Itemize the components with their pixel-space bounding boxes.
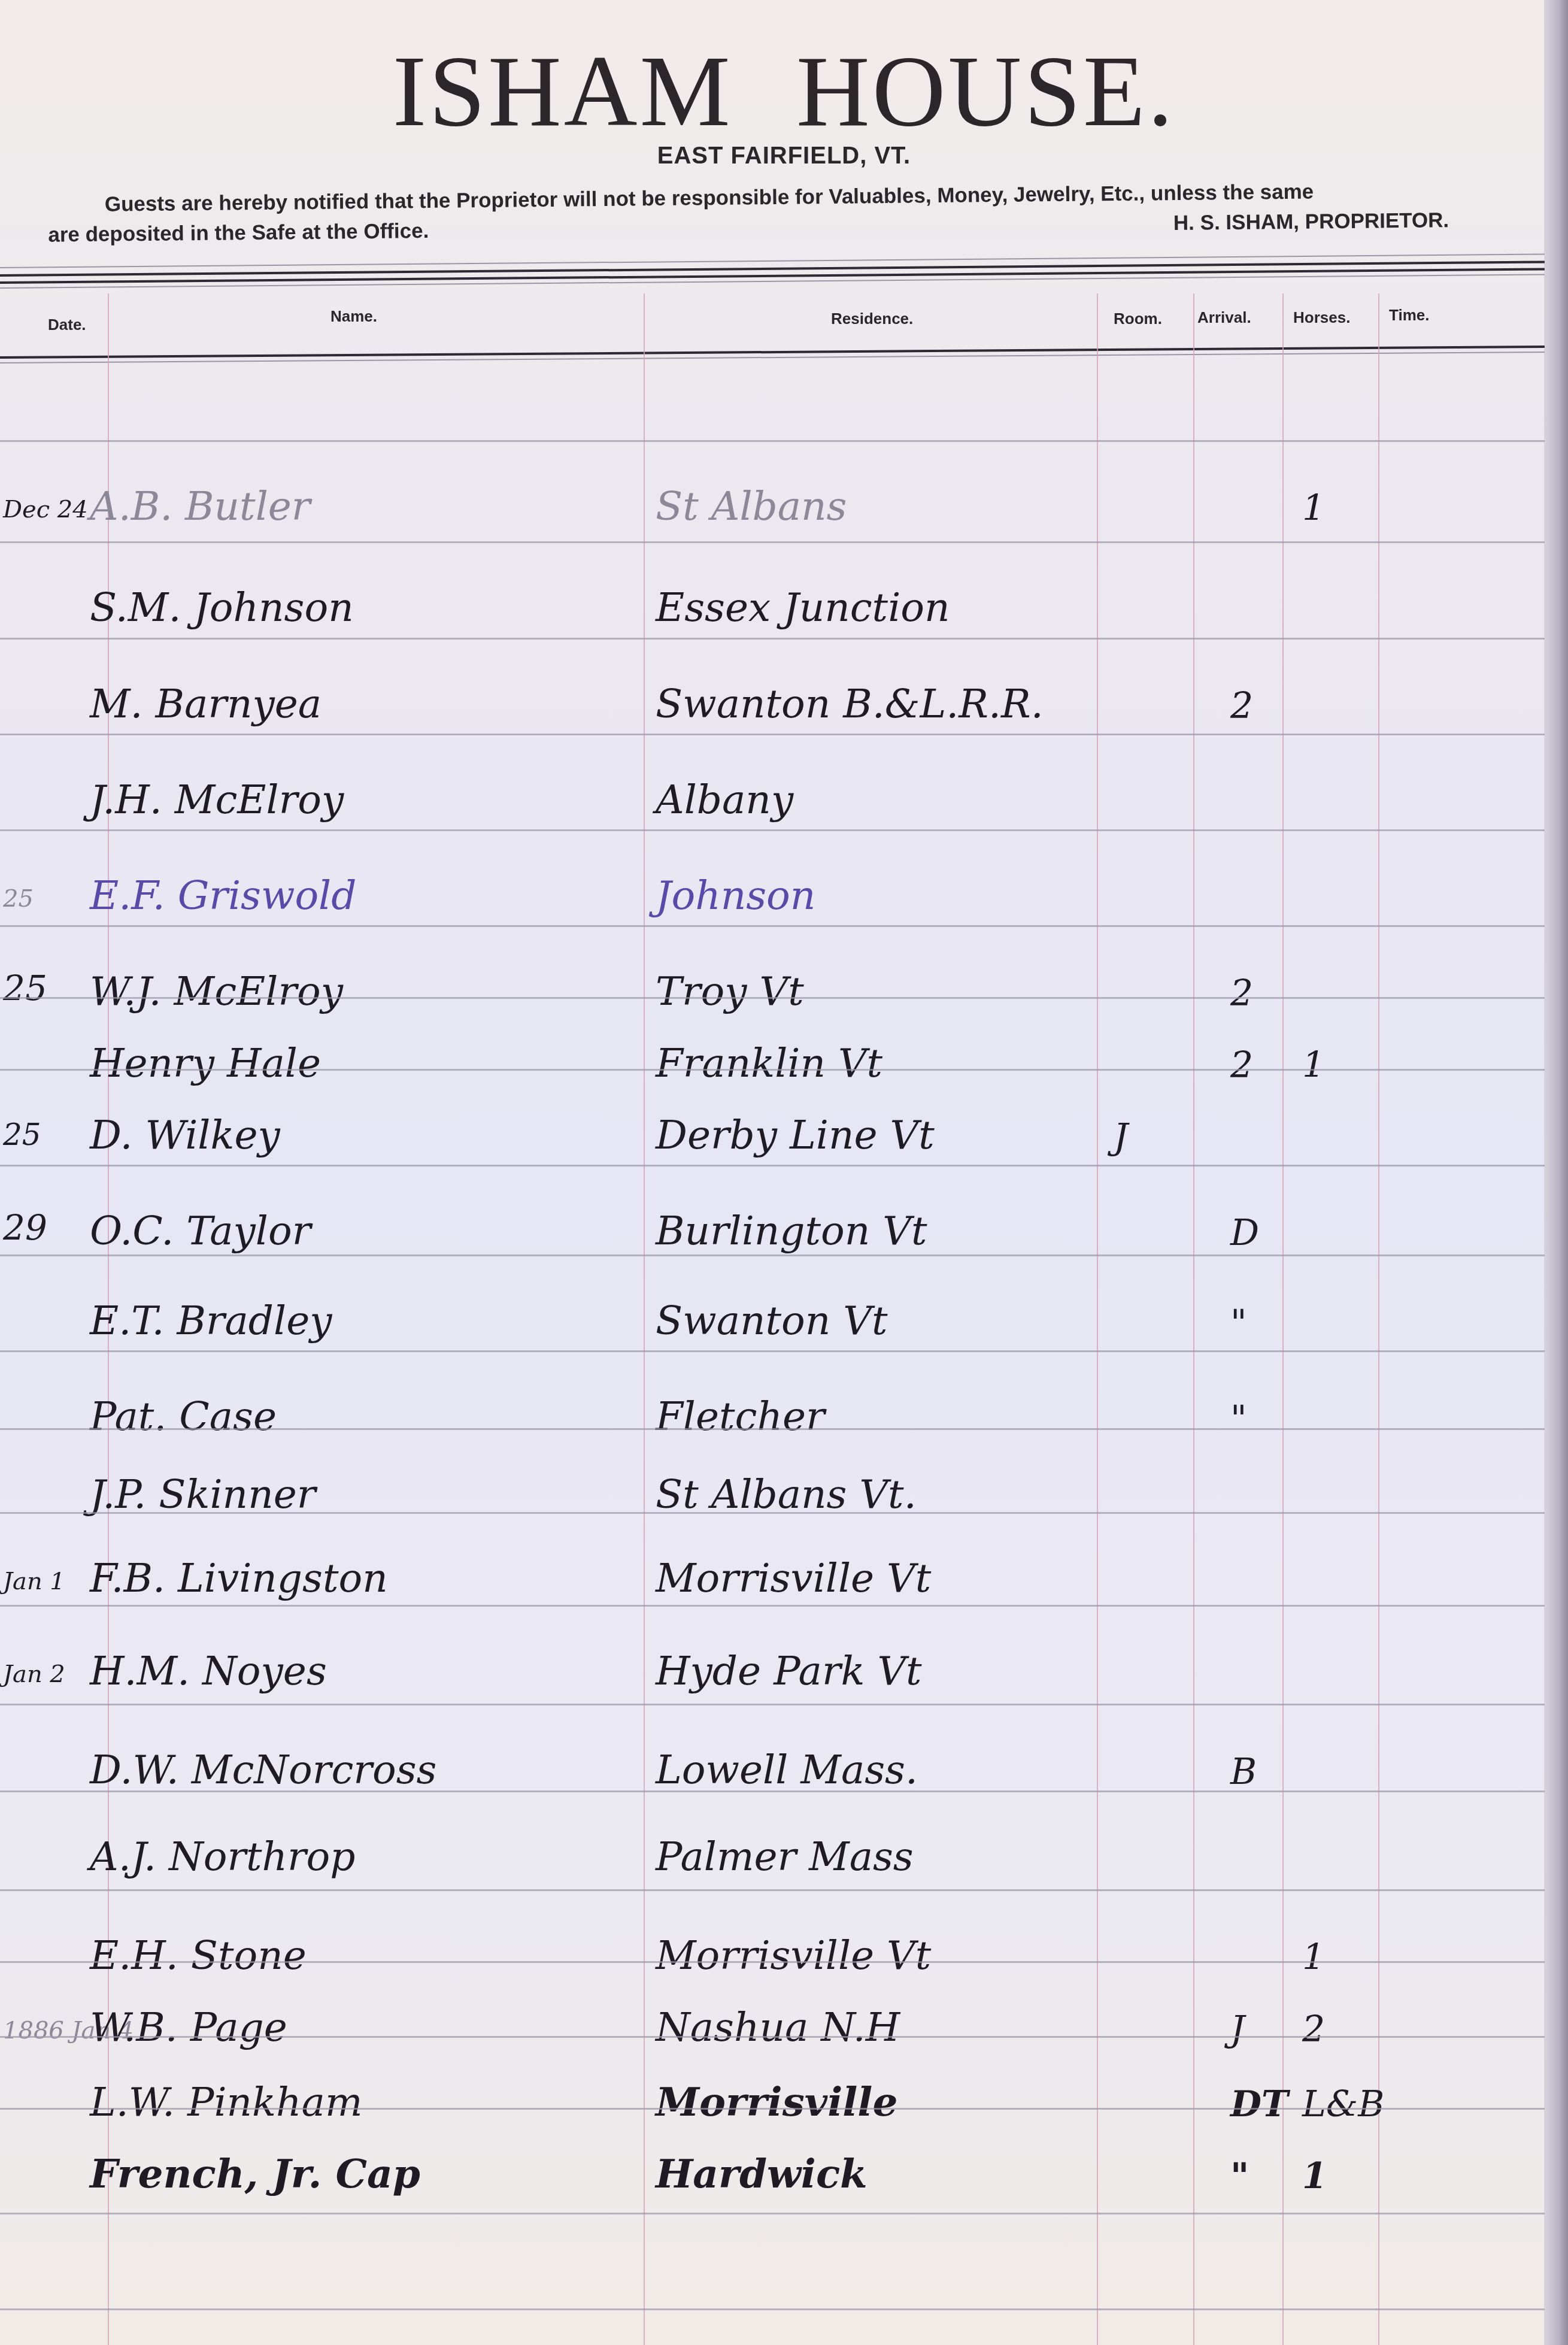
row-rule <box>0 1512 1545 1514</box>
entry-date: 25 <box>3 885 34 913</box>
entry-residence: Hyde Park Vt <box>656 1648 922 1694</box>
row-rule <box>0 2308 1545 2310</box>
entry-name: D. Wilkey <box>90 1112 280 1158</box>
entry-name: J.H. McElroy <box>90 777 344 823</box>
row-rule <box>0 2036 1545 2038</box>
entry-room: J <box>1114 1116 1128 1158</box>
ledger-row: 25 E.F. Griswold Johnson <box>0 832 1545 931</box>
entry-residence: St Albans <box>656 483 847 529</box>
entry-residence: Albany <box>656 777 793 823</box>
entry-date: 25 <box>3 1117 41 1152</box>
entry-date: Jan 2 <box>3 1661 65 1688</box>
header-name: Name. <box>330 307 377 326</box>
entry-name: E.F. Griswold <box>90 872 356 919</box>
entry-residence: Derby Line Vt <box>656 1112 935 1158</box>
row-rule <box>0 1704 1545 1705</box>
row-rule <box>0 1165 1545 1167</box>
liability-notice: Guests are hereby notified that the Prop… <box>48 175 1497 250</box>
entry-name: French, Jr. Cap <box>90 2150 420 2197</box>
entry-name: S.M. Johnson <box>90 584 354 631</box>
entry-name: A.J. Northrop <box>90 1834 356 1880</box>
page-edge <box>1544 0 1568 2345</box>
ledger-row: E.T. Bradley Swanton Vt " <box>0 1258 1545 1356</box>
entry-residence: Johnson <box>656 872 815 919</box>
header-arrival: Arrival. <box>1197 308 1251 327</box>
entry-date: Jan 1 <box>3 1568 65 1595</box>
entry-residence: Swanton B.&L.R.R. <box>656 681 1044 727</box>
entry-room: 2 <box>1230 685 1253 727</box>
ledger-row: French, Jr. Cap Hardwick " 1 <box>0 2111 1545 2209</box>
ledger-row: Jan 1 F.B. Livingston Morrisville Vt <box>0 1515 1545 1613</box>
row-rule <box>0 734 1545 735</box>
entry-name: A.B. Butler <box>90 483 310 529</box>
ledger-row: Dec 24 A.B. Butler St Albans 1 <box>0 443 1545 541</box>
row-rule <box>0 1350 1545 1352</box>
ledger-row: A.J. Northrop Palmer Mass <box>0 1793 1545 1892</box>
header-date: Date. <box>48 316 86 334</box>
row-rule <box>0 1605 1545 1607</box>
entry-arrival: B <box>1230 1751 1257 1793</box>
ledger-row: S.M. Johnson Essex Junction <box>0 544 1545 643</box>
header-time: Time. <box>1389 306 1429 325</box>
entry-residence: Burlington Vt <box>656 1208 927 1254</box>
entry-arrival: " <box>1230 2155 1249 2197</box>
header-room: Room. <box>1114 310 1162 328</box>
entry-name: E.T. Bradley <box>90 1298 332 1344</box>
entry-residence: St Albans Vt. <box>656 1471 917 1517</box>
row-rule <box>0 1255 1545 1256</box>
ledger-row: J.H. McElroy Albany <box>0 737 1545 835</box>
entry-name: F.B. Livingston <box>90 1555 388 1601</box>
entry-residence: Lowell Mass. <box>656 1747 918 1793</box>
header-horses: Horses. <box>1293 308 1350 327</box>
ledger-row: M. Barnyea Swanton B.&L.R.R. 2 <box>0 641 1545 739</box>
row-rule <box>0 638 1545 640</box>
entry-arrival: " <box>1230 1302 1247 1344</box>
entry-residence: Morrisville Vt <box>656 1555 931 1601</box>
row-rule <box>0 1428 1545 1430</box>
row-rule <box>0 1069 1545 1071</box>
entry-horses: 1 <box>1302 487 1325 529</box>
row-rule <box>0 1790 1545 1792</box>
entry-name: D.W. McNorcross <box>90 1747 436 1793</box>
entry-residence: Palmer Mass <box>656 1834 914 1880</box>
entry-arrival: D <box>1230 1212 1259 1254</box>
row-rule <box>0 440 1545 442</box>
ledger-row: Jan 2 H.M. Noyes Hyde Park Vt <box>0 1608 1545 1706</box>
entry-residence: Swanton Vt <box>656 1298 888 1344</box>
row-rule <box>0 997 1545 999</box>
entry-name: H.M. Noyes <box>90 1648 327 1694</box>
row-rule <box>0 1961 1545 1963</box>
entry-date: 29 <box>3 1207 47 1248</box>
entry-name: O.C. Taylor <box>90 1208 311 1254</box>
ledger-row: 25 D. Wilkey Derby Line Vt J <box>0 1072 1545 1170</box>
location-line: EAST FAIRFIELD, VT. <box>0 143 1568 169</box>
row-rule <box>0 1889 1545 1891</box>
entry-name: M. Barnyea <box>90 681 322 727</box>
entry-residence: Hardwick <box>656 2150 868 2197</box>
page-title: ISHAM HOUSE. <box>0 33 1568 150</box>
row-rule <box>0 829 1545 831</box>
row-rule <box>0 2213 1545 2214</box>
column-headers: Date. Name. Residence. Room. Arrival. Ho… <box>0 302 1545 350</box>
entry-name: J.P. Skinner <box>90 1471 316 1517</box>
header-rule <box>0 253 1545 268</box>
row-rule <box>0 925 1545 927</box>
entry-date: Dec 24 <box>3 496 88 523</box>
row-rule <box>0 2108 1545 2110</box>
header-residence: Residence. <box>831 310 913 328</box>
row-rule <box>0 541 1545 543</box>
proprietor-signature: H. S. ISHAM, PROPRIETOR. <box>1173 205 1449 238</box>
ledger-row: 29 O.C. Taylor Burlington Vt D <box>0 1168 1545 1266</box>
entry-residence: Essex Junction <box>656 584 950 631</box>
entry-horses: 1 <box>1302 2155 1327 2197</box>
